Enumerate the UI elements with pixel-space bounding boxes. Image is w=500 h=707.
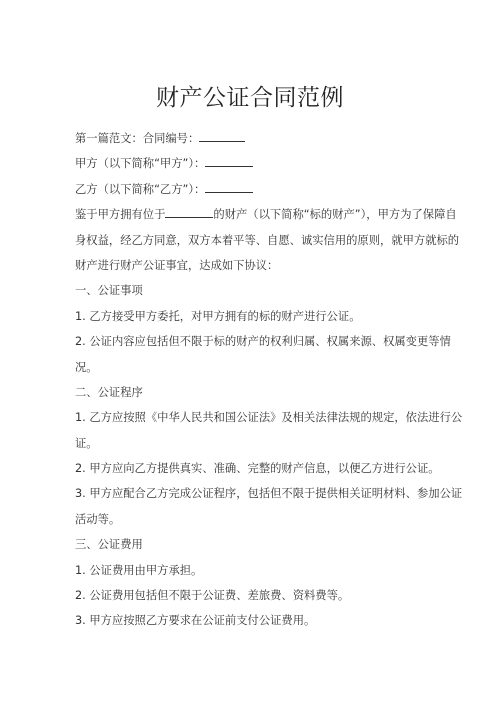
contract-number-blank[interactable] bbox=[199, 131, 245, 142]
section-heading: 二、公证程序 bbox=[75, 380, 431, 405]
party-b-blank[interactable] bbox=[205, 182, 253, 193]
clause-line: 2. 甲方应向乙方提供真实、准确、完整的财产信息，以便乙方进行公证。 bbox=[75, 456, 431, 481]
preamble-line-3: 财产进行财产公证事宜，达成如下协议： bbox=[75, 253, 431, 278]
document-page: 财产公证合同范例 第一篇范文：合同编号： 甲方（以下简称“甲方”）： 乙方（以下… bbox=[0, 0, 500, 707]
party-a-field: 甲方（以下简称“甲方”）： bbox=[75, 151, 431, 176]
document-title: 财产公证合同范例 bbox=[0, 83, 500, 113]
party-a-blank[interactable] bbox=[205, 156, 253, 167]
document-body: 第一篇范文：合同编号： 甲方（以下简称“甲方”）： 乙方（以下简称“乙方”）： … bbox=[75, 126, 431, 634]
preamble-text: 鉴于甲方拥有位于 bbox=[75, 208, 165, 221]
party-b-label: 乙方（以下简称“乙方”）： bbox=[75, 183, 205, 196]
preamble-line-1: 鉴于甲方拥有位于的财产（以下简称“标的财产”），甲方为了保障自 bbox=[75, 202, 431, 227]
clause-line: 2. 公证费用包括但不限于公证费、差旅费、资料费等。 bbox=[75, 583, 431, 608]
clause-line: 1. 公证费用由甲方承担。 bbox=[75, 558, 431, 583]
contract-number-field: 第一篇范文：合同编号： bbox=[75, 126, 431, 151]
clause-line: 1. 乙方接受甲方委托，对甲方拥有的标的财产进行公证。 bbox=[75, 304, 431, 329]
section-heading: 一、公证事项 bbox=[75, 278, 431, 303]
clause-line: 2. 公证内容应包括但不限于标的财产的权利归属、权属来源、权属变更等情 bbox=[75, 329, 431, 354]
clause-line: 证。 bbox=[75, 431, 431, 456]
clause-line: 况。 bbox=[75, 355, 431, 380]
party-b-field: 乙方（以下简称“乙方”）： bbox=[75, 177, 431, 202]
property-location-blank[interactable] bbox=[165, 207, 213, 218]
clause-line: 1. 乙方应按照《中华人民共和国公证法》及相关法律法规的规定，依法进行公 bbox=[75, 405, 431, 430]
section-heading: 三、公证费用 bbox=[75, 532, 431, 557]
preamble-text: 的财产（以下简称“标的财产”），甲方为了保障自 bbox=[213, 208, 456, 221]
party-a-label: 甲方（以下简称“甲方”）： bbox=[75, 157, 205, 170]
clause-line: 3. 甲方应按照乙方要求在公证前支付公证费用。 bbox=[75, 608, 431, 633]
clause-line: 3. 甲方应配合乙方完成公证程序，包括但不限于提供相关证明材料、参加公证 bbox=[75, 481, 431, 506]
preamble-line-2: 身权益，经乙方同意，双方本着平等、自愿、诚实信用的原则，就甲方就标的 bbox=[75, 228, 431, 253]
clause-line: 活动等。 bbox=[75, 507, 431, 532]
contract-number-label: 第一篇范文：合同编号： bbox=[75, 132, 199, 145]
